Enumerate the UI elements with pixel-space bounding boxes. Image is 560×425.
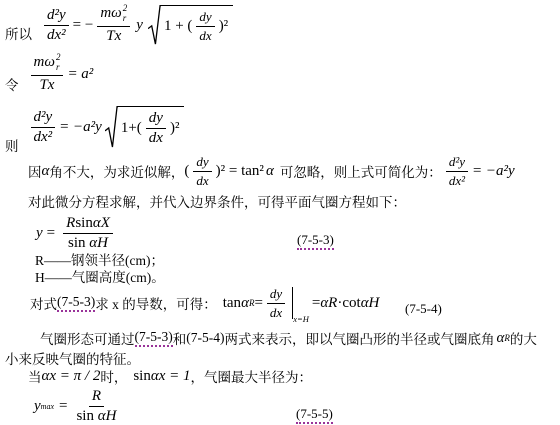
fraction-numerator: dy <box>267 286 285 304</box>
fraction-denominator: dx <box>149 129 163 147</box>
alpha-symbol: α <box>42 163 50 180</box>
equation-ref-7-5-3: (7-5-3) <box>57 294 95 312</box>
fraction-numerator: dy <box>193 154 211 172</box>
radical-icon <box>148 5 161 45</box>
fraction-denominator: dx <box>199 27 211 44</box>
paragraph-text: 当 <box>28 366 42 386</box>
equation-number-7-5-3: (7-5-3) <box>297 232 334 250</box>
fraction-denominator: sin αH <box>76 407 116 425</box>
equals-minus-a2y: = −a²y <box>59 119 102 136</box>
radicand: 1+( dy dx )² <box>118 106 185 148</box>
square-root: 1+( dy dx )² <box>105 106 185 148</box>
equation-ref-7-5-4: (7-5-4) <box>186 330 224 346</box>
square-root: 1 + ( dy dx )² <box>148 5 233 45</box>
fraction-numerator: d²y <box>446 154 468 172</box>
omega-sup-sub: 2r <box>56 53 61 73</box>
paragraph-text: 时， <box>100 366 127 386</box>
paragraph-text: 的大 <box>510 328 537 348</box>
fraction-momega2-Tx: mω2r Tx <box>31 54 64 94</box>
omega-sup-sub: 2r <box>123 4 128 24</box>
variable-R: R <box>66 215 75 232</box>
tan-squared: )² = tan² <box>216 163 264 180</box>
fraction-dy-dx: dy dx <box>267 286 285 321</box>
fraction-momega2-Tx: mω2r Tx <box>97 5 130 45</box>
fraction-denominator: dx² <box>449 172 465 189</box>
fraction-denominator: Tx <box>106 27 121 45</box>
variable-y: y <box>36 225 43 242</box>
paragraph-text: 两式来表示，即以气圈凸形的半径或气圈底角 <box>224 328 494 348</box>
radicand: 1 + ( dy dx )² <box>161 5 233 45</box>
para-max-condition: 当 αx = π / 2 时， sin αx = 1 ，气圈最大半径为： <box>28 366 312 386</box>
fraction-denominator: dx <box>196 172 208 189</box>
alpha-R-term: αR <box>320 295 337 312</box>
variable-y: y <box>136 17 143 34</box>
fraction-dy-dx: dy dx <box>193 154 211 189</box>
fraction-numerator: R <box>89 388 104 407</box>
paragraph-text: 对式 <box>30 293 57 313</box>
omega-subscript: r <box>56 63 60 73</box>
sin-alpha-x-equals-1: αx = 1 <box>151 368 191 385</box>
document-page: 所以 d²y dx² = − mω2r Tx y 1 + ( dy dx )² … <box>0 0 560 425</box>
paragraph-text: 因 <box>28 161 42 181</box>
fraction-d2y-dx2: d²y dx² <box>44 7 69 44</box>
sin-function: sin <box>76 408 97 424</box>
cot-function: cot <box>342 295 360 312</box>
fraction-dy-dx: dy dx <box>196 9 214 44</box>
alpha-symbol: α <box>241 295 249 312</box>
tan-function: tan <box>223 295 241 312</box>
fraction-numerator: dy <box>146 110 166 129</box>
paragraph-text: 和 <box>173 328 187 348</box>
sin-function: sin <box>75 215 93 232</box>
fraction-numerator: R sin αX <box>63 215 113 234</box>
alpha-x-pi-over-2: αx = π / 2 <box>42 368 101 385</box>
legend-text: H——气圈高度(cm)。 <box>35 266 165 286</box>
paragraph-text: 对此微分方程求解，并代入边界条件，可得平面气圈方程如下： <box>28 191 406 211</box>
radical-icon <box>105 106 118 148</box>
equals-sign: = <box>312 295 320 312</box>
m-omega: mω <box>100 5 121 22</box>
fraction-denominator: dx <box>270 304 282 321</box>
fraction-denominator: dx² <box>47 26 66 44</box>
eq-balloon-ode: 所以 d²y dx² = − mω2r Tx y 1 + ( dy dx )² <box>5 2 233 48</box>
fraction-numerator: mω2r <box>31 54 64 76</box>
fraction-d2y-dx2: d²y dx² <box>31 109 56 146</box>
variable-y: y <box>34 398 41 415</box>
fraction-d2y-dx2: d²y dx² <box>446 154 468 189</box>
para-shape-line1: 气圈形态可通过 (7-5-3) 和 (7-5-4) 两式来表示，即以气圈凸形的半… <box>5 328 537 348</box>
legend-H: H——气圈高度(cm)。 <box>35 266 165 286</box>
fraction-denominator: Tx <box>39 76 54 94</box>
radicand-prefix: 1 + ( <box>164 18 192 35</box>
equation-number-7-5-4: (7-5-4) <box>405 301 442 317</box>
fraction-R-sinaH: R sin αH <box>76 388 116 425</box>
eq-max-radius: ymax = R sin αH <box>34 387 120 425</box>
evaluated-at: x=H <box>292 287 309 319</box>
let-label: 令 <box>5 74 19 94</box>
para-shape-line2: 小来反映气圈的特征。 <box>5 348 140 368</box>
radicand-prefix: 1+( <box>121 120 142 137</box>
fraction-denominator: dx² <box>34 128 53 146</box>
fraction-RsinaX-sinaH: R sin αX sin αH <box>63 215 113 252</box>
equals-sign: = <box>59 398 67 415</box>
fraction-numerator: dy <box>196 9 214 27</box>
eq-substitution: 令 mω2r Tx = a² <box>5 52 93 96</box>
fraction-numerator: d²y <box>44 7 69 26</box>
paragraph-text: 气圈形态可通过 <box>40 328 135 348</box>
equals-sign: = <box>254 295 262 312</box>
fraction-numerator: mω2r <box>97 5 130 27</box>
paragraph-text: 小来反映气圈的特征。 <box>5 348 140 368</box>
omega-subscript: r <box>123 14 127 24</box>
alpha-H-term: αH <box>361 295 380 312</box>
sin-function: sin <box>133 368 151 385</box>
m-omega: mω <box>34 54 55 71</box>
therefore-label: 所以 <box>5 23 32 43</box>
equals-sign: = <box>47 225 55 242</box>
radicand-suffix: )² <box>219 18 229 35</box>
paragraph-text: 角不大，为求近似解， <box>49 161 184 181</box>
alpha-X: αX <box>93 215 110 232</box>
equation-number-7-5-5: (7-5-5) <box>296 406 333 424</box>
radicand-suffix: )² <box>170 120 180 137</box>
equals-a-squared: = a² <box>67 66 93 83</box>
equals-minus: = − <box>73 17 94 34</box>
fraction-dy-dx: dy dx <box>146 110 166 147</box>
equation-ref-7-5-3: (7-5-3) <box>135 329 173 347</box>
eq-balloon-curve: y = R sin αX sin αH <box>36 213 117 253</box>
max-subscript: max <box>41 402 54 411</box>
paragraph-text: 可忽略，则上式可简化为： <box>280 161 442 181</box>
fraction-numerator: d²y <box>31 109 56 128</box>
open-paren: ( <box>184 163 189 180</box>
para-derivative: 对式 (7-5-3) 求 x 的导数，可得： tan αR = dy dx x=… <box>30 284 379 322</box>
alpha-symbol: α <box>266 163 274 180</box>
para-solve: 对此微分方程求解，并代入边界条件，可得平面气圈方程如下： <box>28 191 406 211</box>
evaluation-condition: x=H <box>293 314 309 324</box>
para-approximation: 因 α 角不大，为求近似解， ( dy dx )² = tan² α 可忽略，则… <box>28 150 515 192</box>
paragraph-text: ，气圈最大半径为： <box>191 366 313 386</box>
then-label: 则 <box>5 135 19 155</box>
equals-minus-a2y: = −a²y <box>472 163 515 180</box>
paragraph-text: 求 x 的导数，可得： <box>95 293 217 313</box>
eq-simplified-ode: 则 d²y dx² = −a²y 1+( dy dx )² <box>5 96 184 158</box>
alpha-H: αH <box>98 408 117 424</box>
